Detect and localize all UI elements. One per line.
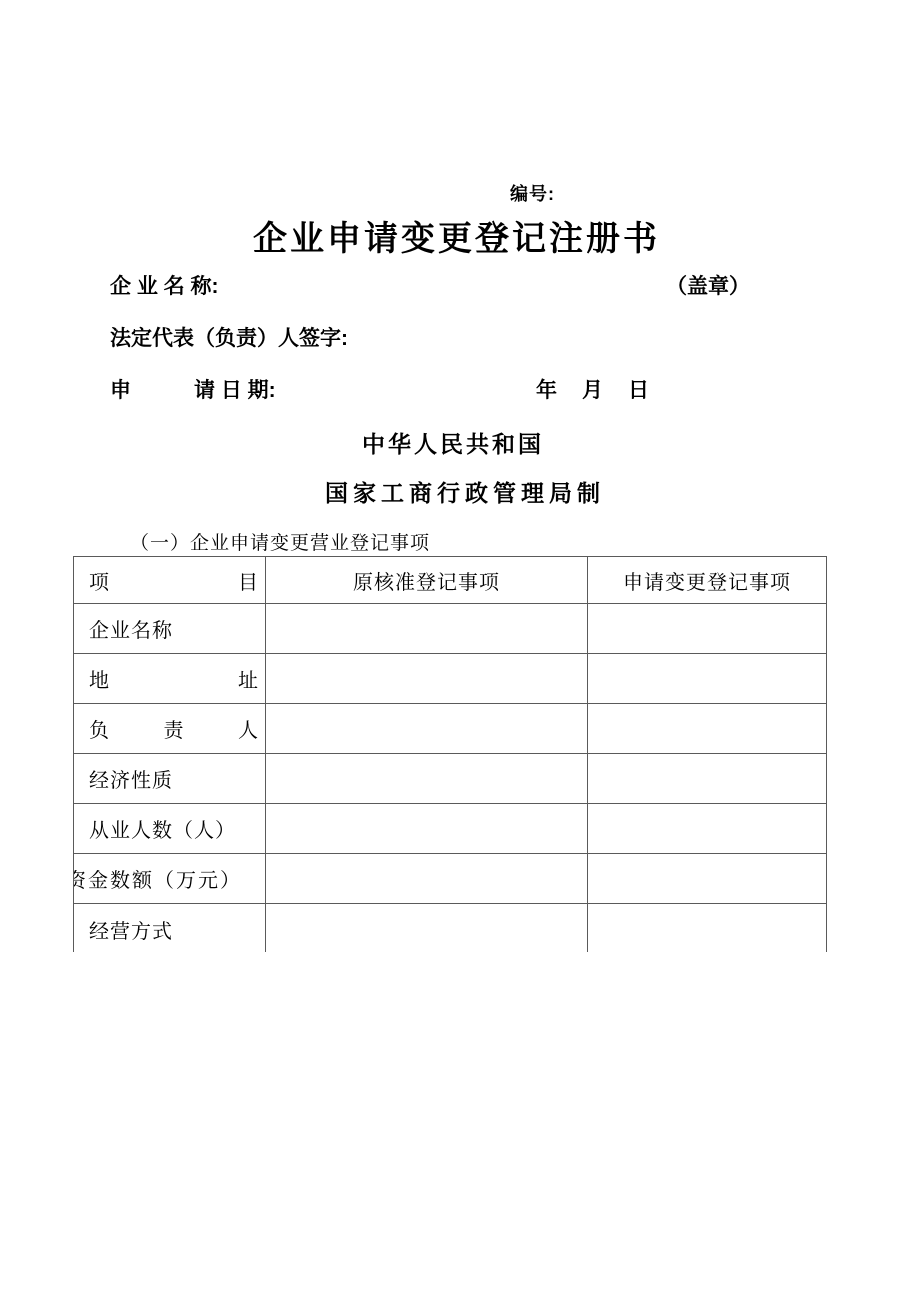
row-label-enterprise-name: 企业名称 bbox=[74, 604, 266, 654]
column-header-item: 项 目 bbox=[74, 557, 266, 604]
original-value-cell[interactable] bbox=[266, 754, 588, 804]
changed-value-cell[interactable] bbox=[588, 704, 826, 754]
changed-value-cell[interactable] bbox=[588, 754, 826, 804]
date-year-month-day-label: 年 月 日 bbox=[536, 374, 651, 404]
change-registration-table: 项 目 原核准登记事项 申请变更登记事项 企业名称 地 址 负 责 人 经济性质… bbox=[73, 556, 827, 952]
row-label-capital-amount: 资金数额（万元） bbox=[74, 854, 266, 904]
original-value-cell[interactable] bbox=[266, 654, 588, 704]
row-label-economic-nature: 经济性质 bbox=[74, 754, 266, 804]
row-label-address: 地 址 bbox=[74, 654, 266, 704]
changed-value-cell[interactable] bbox=[588, 904, 826, 952]
row-label-business-mode: 经营方式 bbox=[74, 904, 266, 952]
changed-value-cell[interactable] bbox=[588, 804, 826, 854]
original-value-cell[interactable] bbox=[266, 704, 588, 754]
issuer-country-line: 中华人民共和国 bbox=[362, 426, 544, 459]
column-header-original: 原核准登记事项 bbox=[266, 557, 588, 604]
enterprise-name-label: 企 业 名 称: bbox=[110, 270, 219, 300]
changed-value-cell[interactable] bbox=[588, 654, 826, 704]
row-label-employee-count: 从业人数（人） bbox=[74, 804, 266, 854]
legal-representative-signature-label: 法定代表（负责）人签字: bbox=[110, 322, 348, 352]
row-label-responsible-person: 负 责 人 bbox=[74, 704, 266, 754]
section-one-caption: （一）企业申请变更营业登记事项 bbox=[130, 528, 430, 555]
doc-number-label: 编号: bbox=[510, 180, 555, 206]
issuer-agency-line: 国家工商行政管理局制 bbox=[325, 475, 605, 508]
document-page: 编号: 企业申请变更登记注册书 企 业 名 称: （盖章） 法定代表（负责）人签… bbox=[0, 0, 920, 1303]
seal-label: （盖章） bbox=[666, 270, 750, 300]
original-value-cell[interactable] bbox=[266, 604, 588, 654]
application-date-label: 申 请 日 期: bbox=[110, 374, 276, 404]
column-header-changed: 申请变更登记事项 bbox=[588, 557, 826, 604]
changed-value-cell[interactable] bbox=[588, 604, 826, 654]
changed-value-cell[interactable] bbox=[588, 854, 826, 904]
original-value-cell[interactable] bbox=[266, 904, 588, 952]
doc-title: 企业申请变更登记注册书 bbox=[253, 211, 660, 260]
original-value-cell[interactable] bbox=[266, 804, 588, 854]
original-value-cell[interactable] bbox=[266, 854, 588, 904]
